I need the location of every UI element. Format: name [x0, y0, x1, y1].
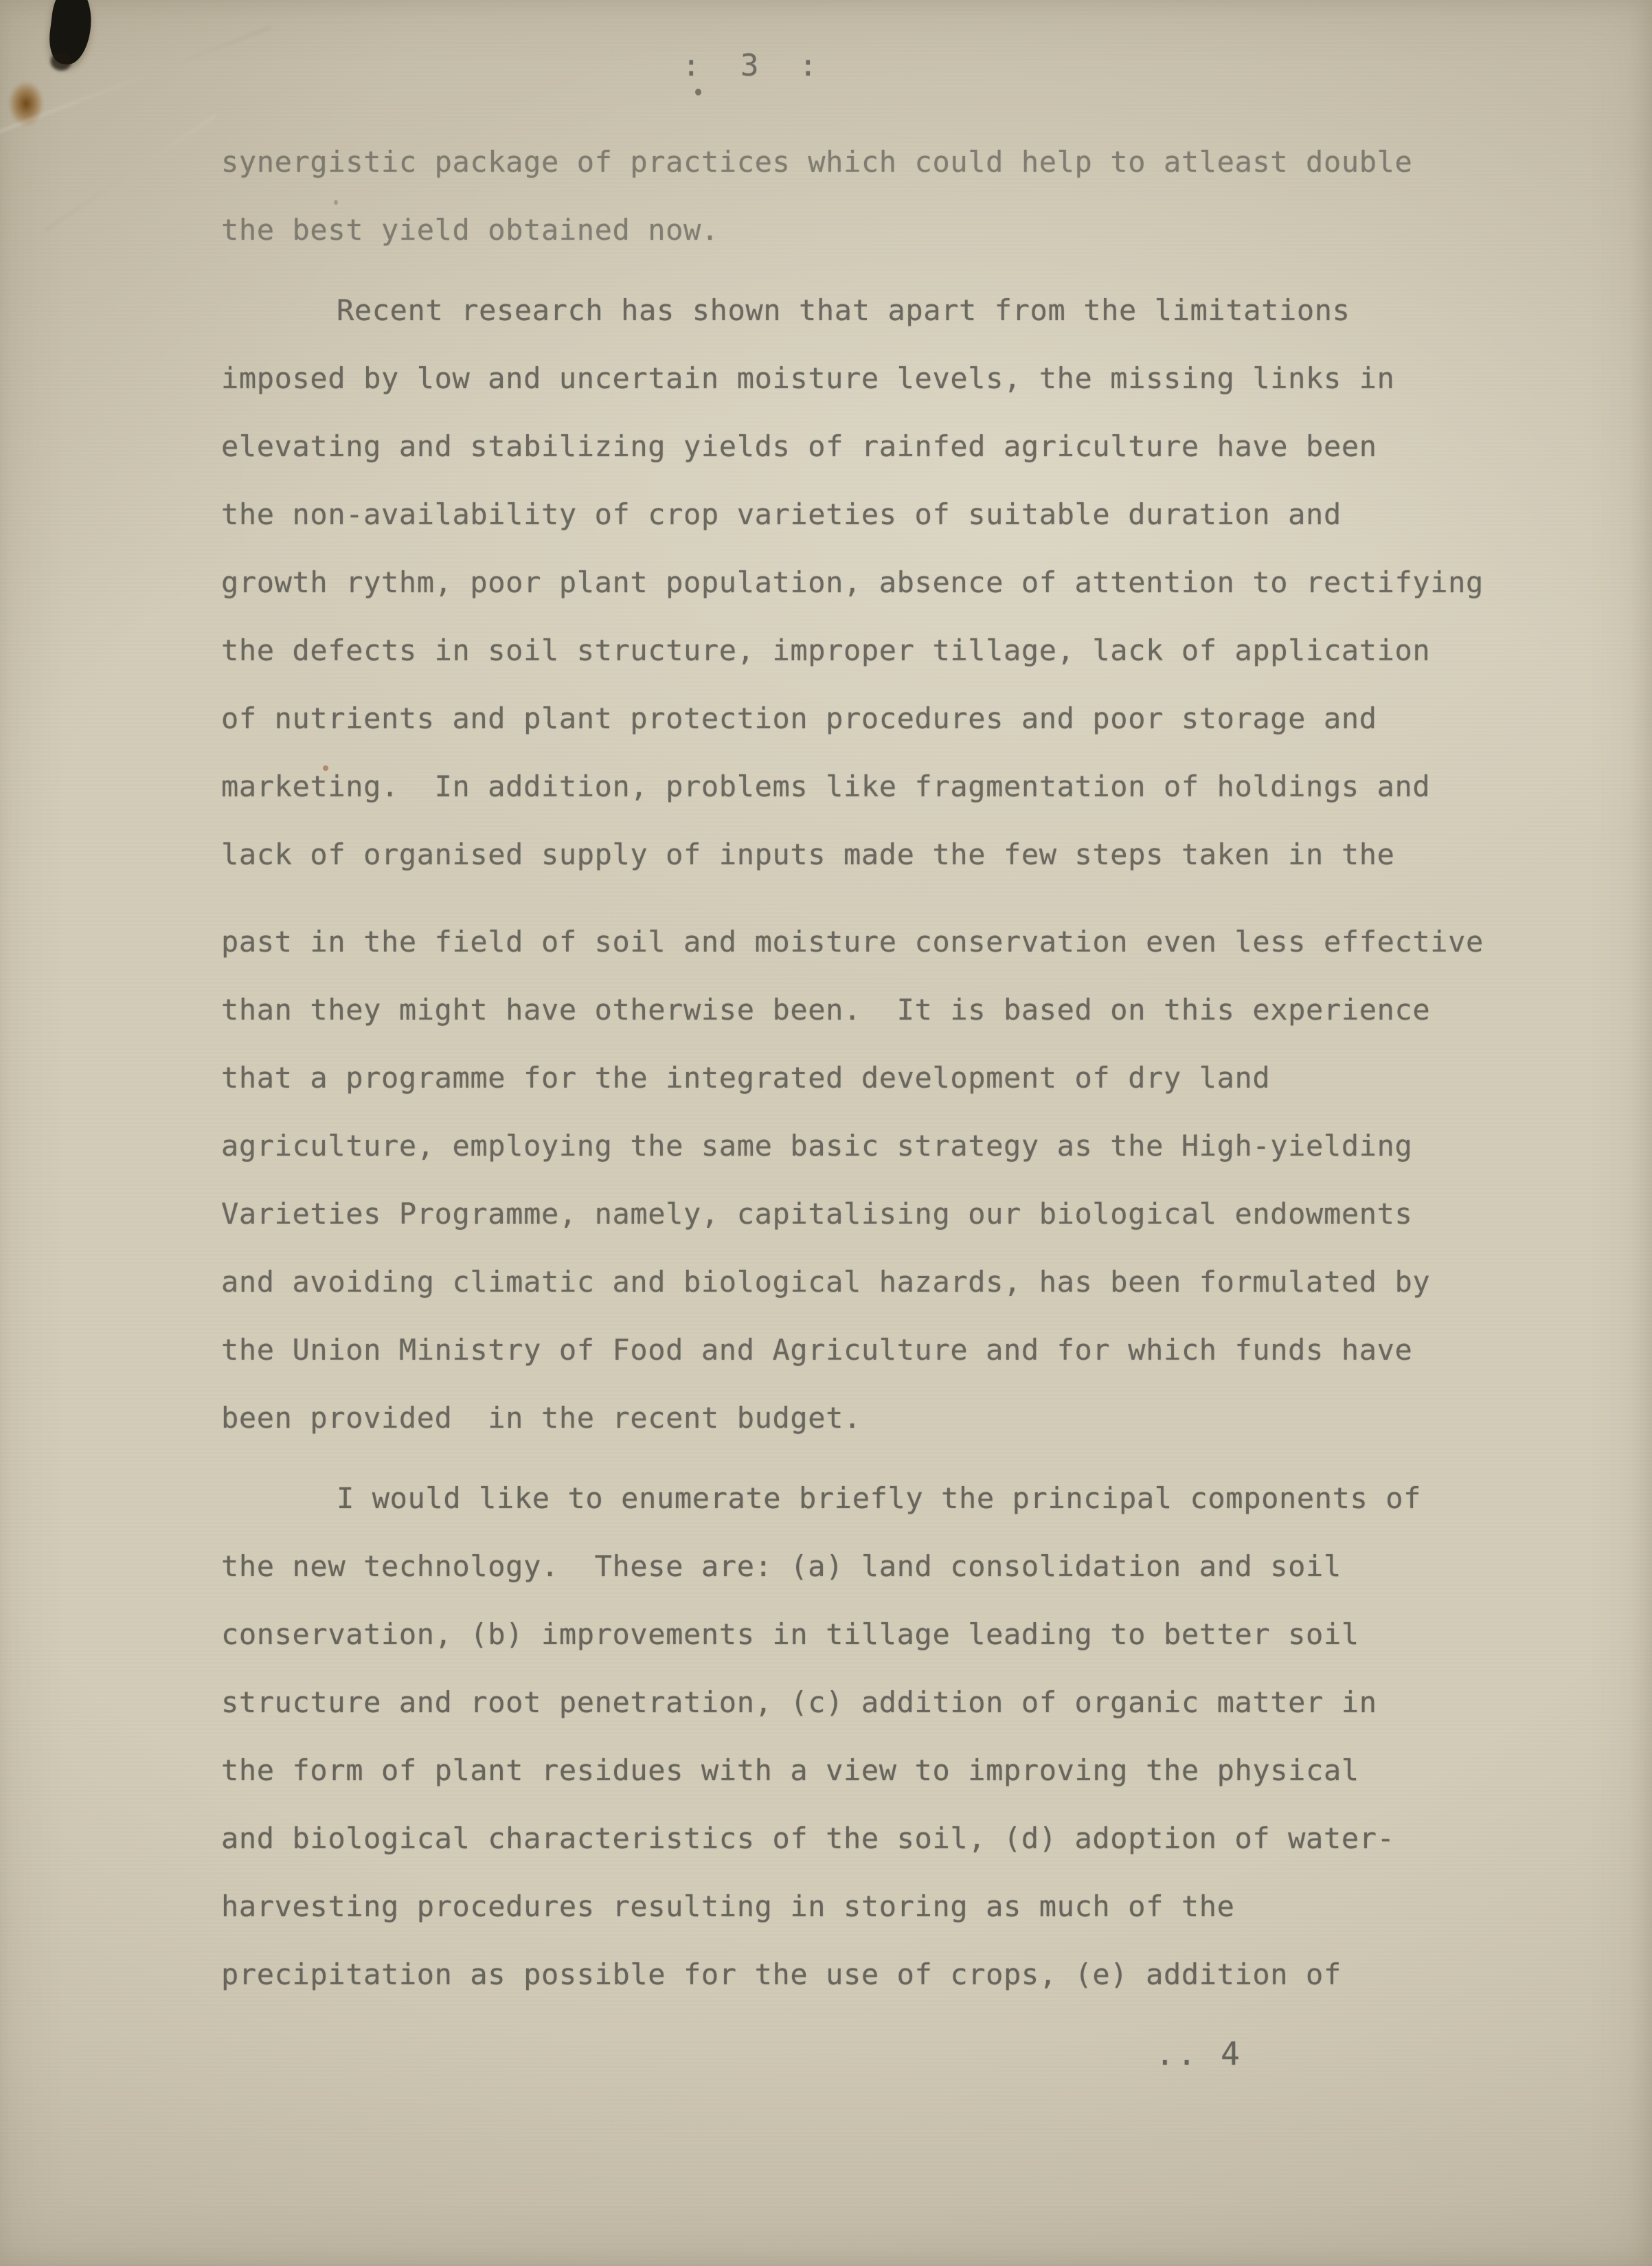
paper-crease	[0, 26, 271, 142]
text-line: lack of organised supply of inputs made …	[221, 820, 1478, 888]
text-line: that a programme for the integrated deve…	[221, 1044, 1478, 1112]
text-line: marketing. In addition, problems like fr…	[221, 752, 1478, 820]
text-line: Varieties Programme, namely, capitalisin…	[221, 1180, 1478, 1248]
text-line: the form of plant residues with a view t…	[221, 1736, 1478, 1804]
text-line: harvesting procedures resulting in stori…	[221, 1872, 1478, 1940]
ink-speck	[695, 89, 701, 96]
page-number: : 3 :	[682, 48, 828, 83]
text-line: the new technology. These are: (a) land …	[221, 1532, 1478, 1600]
text-line: past in the field of soil and moisture c…	[221, 908, 1478, 976]
text-line: the non-availability of crop varieties o…	[221, 480, 1478, 548]
text-line: the best yield obtained now.	[221, 196, 1478, 264]
footer-continuation-number: .. 4	[1155, 2035, 1243, 2072]
document-page: : 3 : synergistic package of practices w…	[0, 0, 1652, 2266]
paragraph: synergistic package of practices which c…	[221, 128, 1478, 264]
text-line: Recent research has shown that apart fro…	[221, 276, 1478, 344]
text-line: growth rythm, poor plant population, abs…	[221, 548, 1478, 616]
text-line: been provided in the recent budget.	[221, 1384, 1478, 1452]
paper-crease	[45, 114, 216, 231]
text-line: of nutrients and plant protection proced…	[221, 684, 1478, 752]
text-line: I would like to enumerate briefly the pr…	[221, 1464, 1478, 1532]
text-line: the defects in soil structure, improper …	[221, 616, 1478, 684]
text-line: than they might have otherwise been. It …	[221, 976, 1478, 1044]
text-line: elevating and stabilizing yields of rain…	[221, 412, 1478, 480]
text-line: imposed by low and uncertain moisture le…	[221, 344, 1478, 412]
text-line: and avoiding climatic and biological haz…	[221, 1248, 1478, 1316]
binder-mark	[46, 0, 95, 67]
text-line: and biological characteristics of the so…	[221, 1804, 1478, 1872]
text-line: conservation, (b) improvements in tillag…	[221, 1600, 1478, 1668]
text-line: structure and root penetration, (c) addi…	[221, 1668, 1478, 1736]
text-line: synergistic package of practices which c…	[221, 128, 1478, 196]
paragraph: I would like to enumerate briefly the pr…	[221, 1464, 1478, 2008]
document-body: synergistic package of practices which c…	[221, 128, 1478, 2008]
text-line: agriculture, employing the same basic st…	[221, 1112, 1478, 1180]
paragraph: Recent research has shown that apart fro…	[221, 276, 1478, 1452]
text-line: precipitation as possible for the use of…	[221, 1940, 1478, 2008]
text-line: the Union Ministry of Food and Agricultu…	[221, 1316, 1478, 1384]
